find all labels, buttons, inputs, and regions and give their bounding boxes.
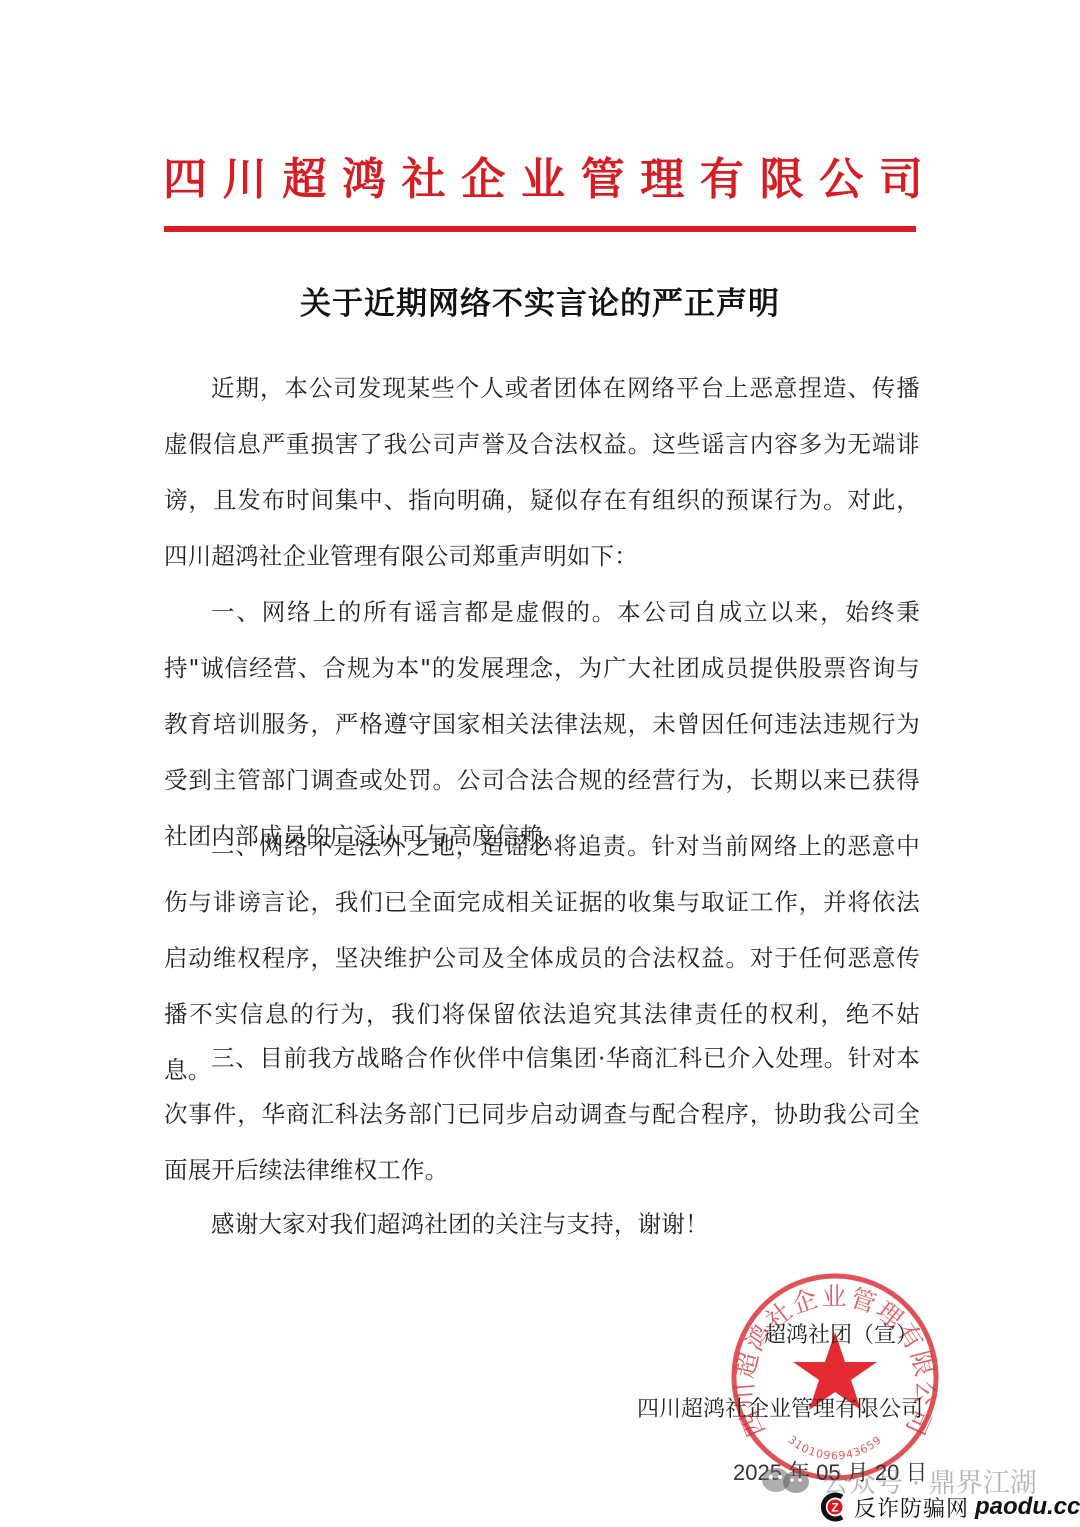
paragraph-intro: 近期，本公司发现某些个人或者团体在网络平台上恶意捏造、传播虚假信息严重损害了我公… <box>164 360 920 584</box>
letterhead-char: 企 <box>461 148 505 212</box>
letterhead-char: 超 <box>282 148 326 212</box>
letterhead-char: 有 <box>700 148 744 212</box>
letterhead-char: 限 <box>760 148 804 212</box>
letterhead-char: 社 <box>402 148 446 212</box>
letterhead-char: 业 <box>521 148 565 212</box>
site-watermark-domain: paodu.cc <box>975 1493 1080 1521</box>
document-title: 关于近期网络不实言论的严正声明 <box>0 278 1080 323</box>
paragraph-point-three: 三、目前我方战略合作伙伴中信集团·华商汇科已介入处理。针对本次事件，华商汇科法务… <box>164 1030 920 1198</box>
signature-group-line: 超鸿社团（宣） <box>764 1318 918 1349</box>
wechat-icon <box>760 1465 816 1495</box>
letterhead-char: 理 <box>640 148 684 212</box>
letterhead-char: 鸿 <box>342 148 386 212</box>
signature-company-line: 四川超鸿社企业管理有限公司 <box>637 1392 923 1423</box>
letterhead-divider <box>164 226 916 232</box>
letterhead-char: 公 <box>819 148 863 212</box>
statement-page: 四 川 超 鸿 社 企 业 管 理 有 限 公 司 关于近期网络不实言论的严正声… <box>0 0 1080 1527</box>
company-seal-icon: 四川超鸿社企业管理有限公司 3101096943659 <box>728 1270 942 1484</box>
antifraud-logo-icon: Z <box>818 1492 848 1522</box>
letterhead-char: 川 <box>223 148 267 212</box>
site-watermark: Z 反诈防骗网 paodu.cc <box>818 1490 1080 1524</box>
letterhead-char: 司 <box>879 148 923 212</box>
svg-text:Z: Z <box>831 1501 838 1515</box>
site-watermark-name: 反诈防骗网 <box>854 1492 969 1523</box>
letterhead-char: 四 <box>163 148 207 212</box>
letterhead-char: 管 <box>581 148 625 212</box>
paragraph-thanks: 感谢大家对我们超鸿社团的关注与支持，谢谢！ <box>164 1196 920 1252</box>
letterhead-company-name: 四 川 超 鸿 社 企 业 管 理 有 限 公 司 <box>163 148 923 212</box>
